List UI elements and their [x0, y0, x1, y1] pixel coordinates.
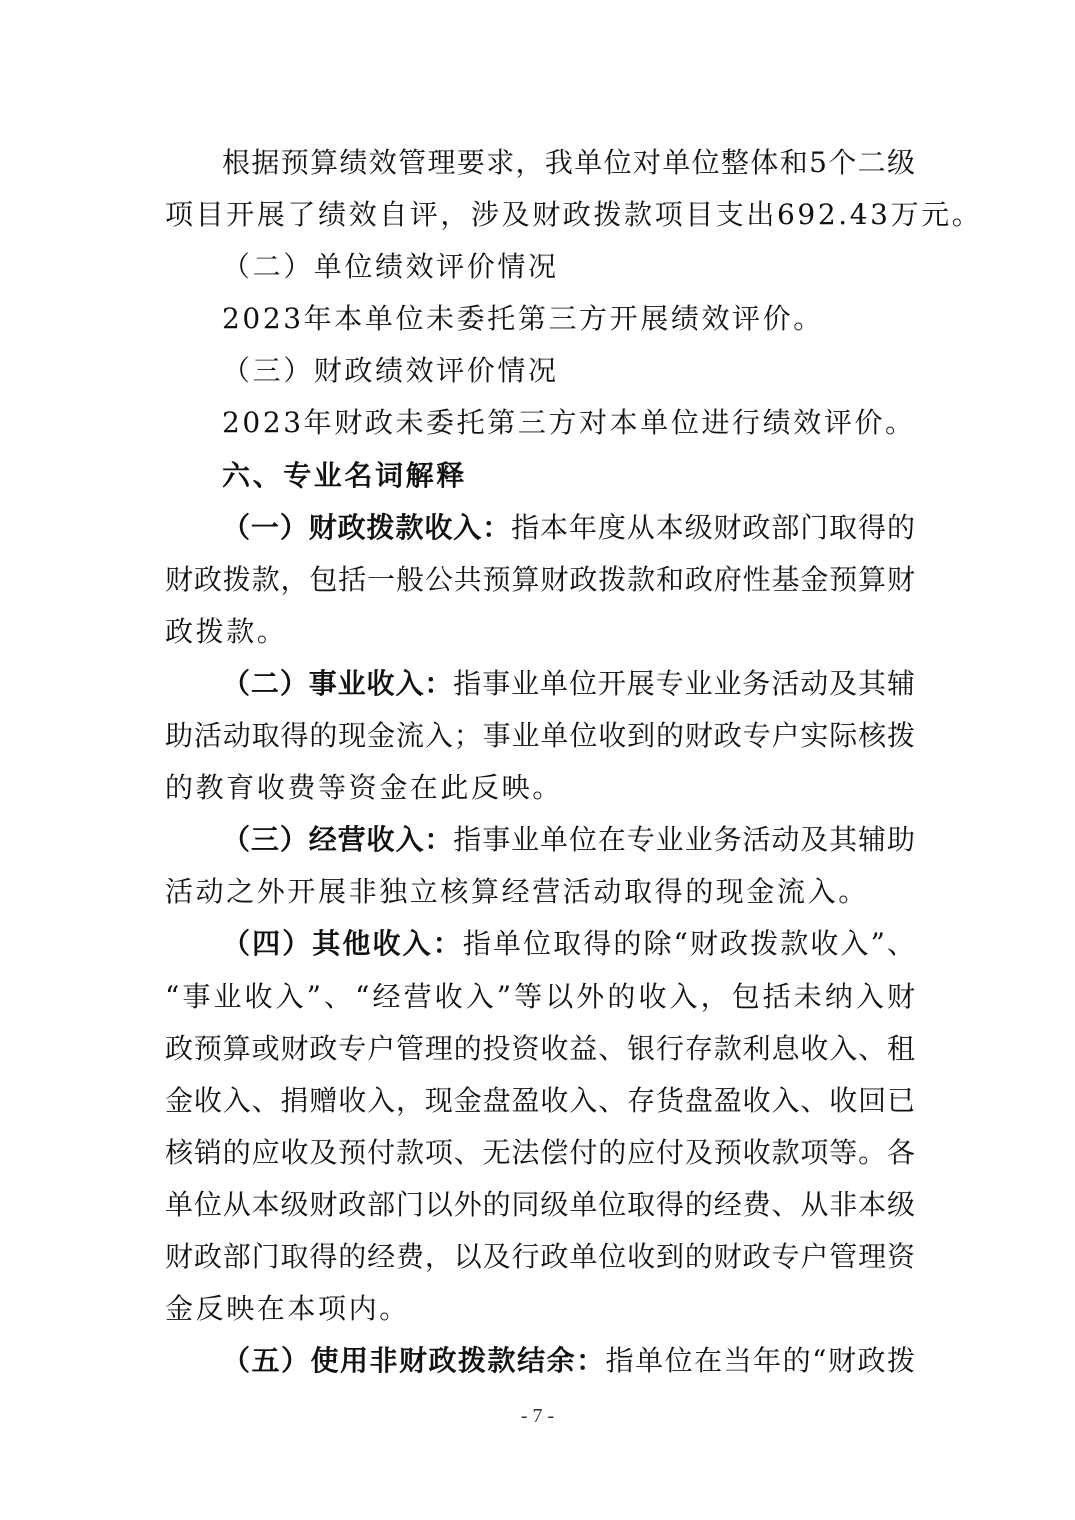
term-2-line-2: 助活动取得的现金流入；事业单位收到的财政专户实际核拨: [165, 710, 915, 762]
term-3-line-2: 活动之外开展非独立核算经营活动取得的现金流入。: [165, 866, 915, 918]
term-2-line-3: 的教育收费等资金在此反映。: [165, 762, 915, 814]
term-1-label: （一）财政拨款收入：: [222, 511, 511, 544]
term-5-label: （五）使用非财政拨款结余：: [222, 1344, 606, 1377]
unit-eval-heading: （二）单位绩效评价情况: [165, 241, 915, 293]
term-4-line-7: 财政部门取得的经费，以及行政单位收到的财政专户管理资: [165, 1231, 915, 1283]
intro-line-2: 项目开展了绩效自评，涉及财政拨款项目支出692.43万元。: [165, 189, 915, 241]
page-number: - 7 -: [0, 1405, 1075, 1428]
term-4-line-8: 金反映在本项内。: [165, 1283, 915, 1335]
term-1-line-1: （一）财政拨款收入：指本年度从本级财政部门取得的: [165, 502, 915, 554]
finance-eval-heading: （三）财政绩效评价情况: [165, 345, 915, 397]
unit-eval-body: 2023年本单位未委托第三方开展绩效评价。: [165, 293, 915, 345]
section-six-heading: 六、专业名词解释: [165, 450, 915, 502]
intro-line-1: 根据预算绩效管理要求，我单位对单位整体和5个二级: [165, 137, 915, 189]
term-4-line-1: （四）其他收入：指单位取得的除“财政拨款收入”、: [165, 918, 915, 970]
term-1-line-3: 政拨款。: [165, 606, 915, 658]
term-3-line-1: （三）经营收入：指事业单位在专业业务活动及其辅助: [165, 814, 915, 866]
term-2-label: （二）事业收入：: [222, 667, 453, 700]
finance-eval-body: 2023年财政未委托第三方对本单位进行绩效评价。: [165, 397, 915, 449]
term-3-label: （三）经营收入：: [222, 823, 453, 856]
term-5-line-1: （五）使用非财政拨款结余：指单位在当年的“财政拨: [165, 1335, 915, 1387]
term-4-line-5: 核销的应收及预付款项、无法偿付的应付及预收款项等。各: [165, 1127, 915, 1179]
term-4-line-6: 单位从本级财政部门以外的同级单位取得的经费、从非本级: [165, 1179, 915, 1231]
term-2-line-1: （二）事业收入：指事业单位开展专业业务活动及其辅: [165, 658, 915, 710]
term-4-line-2: “事业收入”、“经营收入”等以外的收入，包括未纳入财: [165, 971, 915, 1023]
term-4-line-4: 金收入、捐赠收入，现金盘盈收入、存货盘盈收入、收回已: [165, 1075, 915, 1127]
document-page: 根据预算绩效管理要求，我单位对单位整体和5个二级 项目开展了绩效自评，涉及财政拨…: [165, 137, 915, 1387]
term-4-label: （四）其他收入：: [222, 927, 463, 960]
term-4-line-3: 政预算或财政专户管理的投资收益、银行存款利息收入、租: [165, 1023, 915, 1075]
term-1-line-2: 财政拨款，包括一般公共预算财政拨款和政府性基金预算财: [165, 554, 915, 606]
